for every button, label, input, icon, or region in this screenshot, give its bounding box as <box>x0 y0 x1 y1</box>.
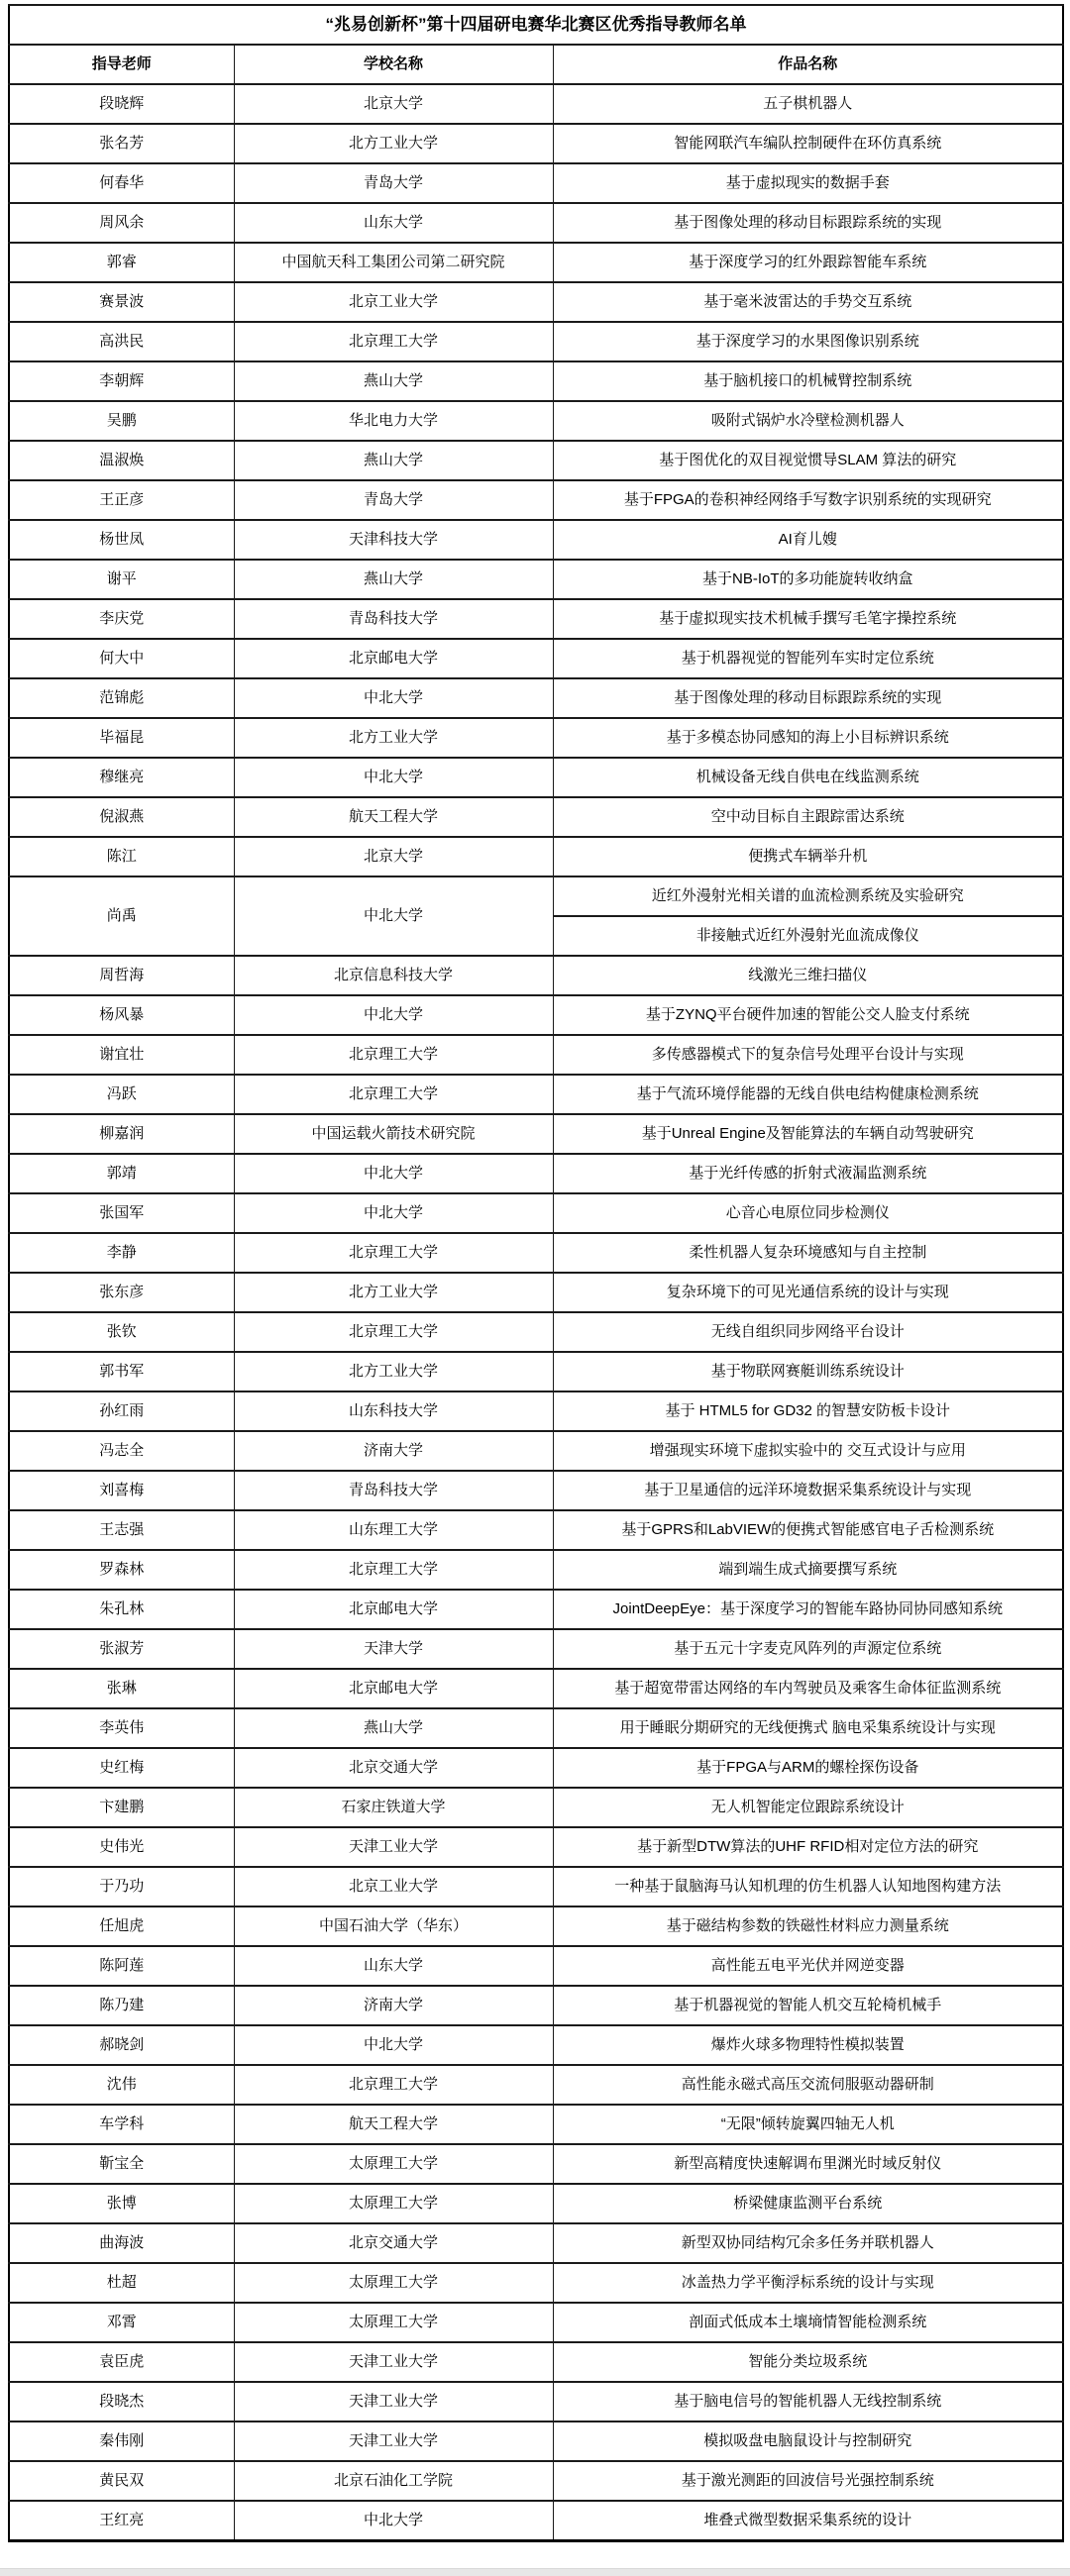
teacher-cell: 杨风暴 <box>9 995 234 1035</box>
teacher-cell: 谢平 <box>9 560 234 599</box>
footer-bar <box>0 2568 1070 2576</box>
table-row: 陈乃建济南大学基于机器视觉的智能人机交互轮椅机械手 <box>9 1986 1063 2025</box>
table-row: 段晓辉北京大学五子棋机器人 <box>9 84 1063 124</box>
school-cell: 北京大学 <box>234 837 553 876</box>
work-cell: 基于毫米波雷达的手势交互系统 <box>553 282 1063 322</box>
work-cell: 基于机器视觉的智能人机交互轮椅机械手 <box>553 1986 1063 2025</box>
work-cell: 基于虚拟现实技术机械手撰写毛笔字操控系统 <box>553 599 1063 639</box>
teacher-cell: 曲海波 <box>9 2223 234 2263</box>
teacher-cell: 邓霄 <box>9 2303 234 2342</box>
teacher-cell: 王正彦 <box>9 480 234 520</box>
school-cell: 天津工业大学 <box>234 2382 553 2421</box>
table-row: 尚禹中北大学近红外漫射光相关谱的血流检测系统及实验研究 <box>9 876 1063 916</box>
teacher-cell: 冯志全 <box>9 1431 234 1471</box>
table-row: 卞建鹏石家庄铁道大学无人机智能定位跟踪系统设计 <box>9 1788 1063 1827</box>
table-row: 何大中北京邮电大学基于机器视觉的智能列车实时定位系统 <box>9 639 1063 678</box>
teacher-cell: 郭靖 <box>9 1154 234 1193</box>
school-cell: 北方工业大学 <box>234 1273 553 1312</box>
work-cell: 剖面式低成本土壤墒情智能检测系统 <box>553 2303 1063 2342</box>
table-row: 曲海波北京交通大学新型双协同结构冗余多任务并联机器人 <box>9 2223 1063 2263</box>
teacher-cell: 毕福昆 <box>9 718 234 758</box>
work-cell: 非接触式近红外漫射光血流成像仪 <box>553 916 1063 956</box>
school-cell: 天津科技大学 <box>234 520 553 560</box>
work-cell: 基于NB-IoT的多功能旋转收纳盒 <box>553 560 1063 599</box>
teacher-cell: 车学科 <box>9 2105 234 2144</box>
school-cell: 中北大学 <box>234 876 553 956</box>
work-cell: 基于机器视觉的智能列车实时定位系统 <box>553 639 1063 678</box>
teacher-cell: 张淑芳 <box>9 1629 234 1669</box>
school-cell: 中国航天科工集团公司第二研究院 <box>234 243 553 282</box>
teacher-cell: 温淑焕 <box>9 441 234 480</box>
school-cell: 北京大学 <box>234 84 553 124</box>
teacher-cell: 尚禹 <box>9 876 234 956</box>
teacher-cell: 李朝辉 <box>9 361 234 401</box>
teacher-cell: 柳嘉润 <box>9 1114 234 1154</box>
school-cell: 航天工程大学 <box>234 2105 553 2144</box>
table-row: 杜超太原理工大学冰盖热力学平衡浮标系统的设计与实现 <box>9 2263 1063 2303</box>
teacher-cell: 陈江 <box>9 837 234 876</box>
table-row: 王红亮中北大学堆叠式微型数据采集系统的设计 <box>9 2501 1063 2540</box>
work-cell: 近红外漫射光相关谱的血流检测系统及实验研究 <box>553 876 1063 916</box>
table-row: 陈阿莲山东大学高性能五电平光伏并网逆变器 <box>9 1946 1063 1986</box>
work-cell: 便携式车辆举升机 <box>553 837 1063 876</box>
school-cell: 中北大学 <box>234 995 553 1035</box>
table-row: 张淑芳天津大学基于五元十字麦克风阵列的声源定位系统 <box>9 1629 1063 1669</box>
work-cell: 新型高精度快速解调布里渊光时域反射仪 <box>553 2144 1063 2184</box>
work-cell: 基于FPGA的卷积神经网络手写数字识别系统的实现研究 <box>553 480 1063 520</box>
work-cell: 智能分类垃圾系统 <box>553 2342 1063 2382</box>
table-row: 李静北京理工大学柔性机器人复杂环境感知与自主控制 <box>9 1233 1063 1273</box>
work-cell: 基于GPRS和LabVIEW的便携式智能感官电子舌检测系统 <box>553 1510 1063 1550</box>
work-cell: 模拟吸盘电脑鼠设计与控制研究 <box>553 2421 1063 2461</box>
school-cell: 北京邮电大学 <box>234 1590 553 1629</box>
table-row: 冯志全济南大学增强现实环境下虚拟实验中的 交互式设计与应用 <box>9 1431 1063 1471</box>
school-cell: 山东理工大学 <box>234 1510 553 1550</box>
school-cell: 北京工业大学 <box>234 1867 553 1906</box>
teacher-cell: 高洪民 <box>9 322 234 361</box>
school-cell: 燕山大学 <box>234 1708 553 1748</box>
school-cell: 北京理工大学 <box>234 1233 553 1273</box>
table-title-row: “兆易创新杯”第十四届研电赛华北赛区优秀指导教师名单 <box>9 5 1063 45</box>
school-cell: 中北大学 <box>234 758 553 797</box>
work-cell: 基于ZYNQ平台硬件加速的智能公交人脸支付系统 <box>553 995 1063 1035</box>
teacher-cell: 张东彦 <box>9 1273 234 1312</box>
teacher-cell: 李庆党 <box>9 599 234 639</box>
table-row: 何春华青岛大学基于虚拟现实的数据手套 <box>9 163 1063 203</box>
school-cell: 北京理工大学 <box>234 1550 553 1590</box>
table-row: 张国军中北大学心音心电原位同步检测仪 <box>9 1193 1063 1233</box>
work-cell: 基于超宽带雷达网络的车内驾驶员及乘客生命体征监测系统 <box>553 1669 1063 1708</box>
school-cell: 山东科技大学 <box>234 1391 553 1431</box>
work-cell: 用于睡眠分期研究的无线便携式 脑电采集系统设计与实现 <box>553 1708 1063 1748</box>
table-row: 李朝辉燕山大学基于脑机接口的机械臂控制系统 <box>9 361 1063 401</box>
work-cell: 柔性机器人复杂环境感知与自主控制 <box>553 1233 1063 1273</box>
teacher-cell: 任旭虎 <box>9 1906 234 1946</box>
teacher-cell: 张名芳 <box>9 124 234 163</box>
table-row: 郭睿中国航天科工集团公司第二研究院基于深度学习的红外跟踪智能车系统 <box>9 243 1063 282</box>
teacher-cell: 段晓杰 <box>9 2382 234 2421</box>
teacher-cell: 沈伟 <box>9 2065 234 2105</box>
school-cell: 北京石油化工学院 <box>234 2461 553 2501</box>
table-row: 高洪民北京理工大学基于深度学习的水果图像识别系统 <box>9 322 1063 361</box>
school-cell: 北京理工大学 <box>234 2065 553 2105</box>
table-row: 张东彦北方工业大学复杂环境下的可见光通信系统的设计与实现 <box>9 1273 1063 1312</box>
teacher-cell: 穆继亮 <box>9 758 234 797</box>
teacher-cell: 何大中 <box>9 639 234 678</box>
school-cell: 山东大学 <box>234 203 553 243</box>
work-cell: 无人机智能定位跟踪系统设计 <box>553 1788 1063 1827</box>
work-cell: 基于图像处理的移动目标跟踪系统的实现 <box>553 203 1063 243</box>
table-row: 于乃功北京工业大学一种基于鼠脑海马认知机理的仿生机器人认知地图构建方法 <box>9 1867 1063 1906</box>
school-cell: 北京邮电大学 <box>234 1669 553 1708</box>
school-cell: 石家庄铁道大学 <box>234 1788 553 1827</box>
school-cell: 中北大学 <box>234 678 553 718</box>
school-cell: 北京理工大学 <box>234 1035 553 1075</box>
work-cell: 基于图像处理的移动目标跟踪系统的实现 <box>553 678 1063 718</box>
table-row: 靳宝全太原理工大学新型高精度快速解调布里渊光时域反射仪 <box>9 2144 1063 2184</box>
school-cell: 青岛科技大学 <box>234 1471 553 1510</box>
teacher-cell: 郭睿 <box>9 243 234 282</box>
work-cell: 冰盖热力学平衡浮标系统的设计与实现 <box>553 2263 1063 2303</box>
work-cell: 基于脑机接口的机械臂控制系统 <box>553 361 1063 401</box>
school-cell: 天津工业大学 <box>234 2421 553 2461</box>
teacher-cell: 李静 <box>9 1233 234 1273</box>
school-cell: 北方工业大学 <box>234 718 553 758</box>
work-cell: 基于卫星通信的远洋环境数据采集系统设计与实现 <box>553 1471 1063 1510</box>
work-cell: 无线自组织同步网络平台设计 <box>553 1312 1063 1352</box>
teacher-cell: 朱孔林 <box>9 1590 234 1629</box>
teacher-cell: 杨世凤 <box>9 520 234 560</box>
table-row: 谢宜壮北京理工大学多传感器模式下的复杂信号处理平台设计与实现 <box>9 1035 1063 1075</box>
teacher-cell: 张琳 <box>9 1669 234 1708</box>
table-row: 倪淑燕航天工程大学空中动目标自主跟踪雷达系统 <box>9 797 1063 837</box>
teacher-cell: 范锦彪 <box>9 678 234 718</box>
teacher-cell: 秦伟刚 <box>9 2421 234 2461</box>
table-row: 郭书军北方工业大学基于物联网赛艇训练系统设计 <box>9 1352 1063 1391</box>
table-row: 郝晓剑中北大学爆炸火球多物理特性模拟装置 <box>9 2025 1063 2065</box>
table-row: 张琳北京邮电大学基于超宽带雷达网络的车内驾驶员及乘客生命体征监测系统 <box>9 1669 1063 1708</box>
school-cell: 北京交通大学 <box>234 1748 553 1788</box>
school-cell: 太原理工大学 <box>234 2303 553 2342</box>
table-row: 黄民双北京石油化工学院基于激光测距的回波信号光强控制系统 <box>9 2461 1063 2501</box>
work-cell: 基于光纤传感的折射式液漏监测系统 <box>553 1154 1063 1193</box>
school-cell: 北京交通大学 <box>234 2223 553 2263</box>
school-cell: 天津工业大学 <box>234 2342 553 2382</box>
school-cell: 济南大学 <box>234 1986 553 2025</box>
teacher-cell: 周风余 <box>9 203 234 243</box>
school-cell: 济南大学 <box>234 1431 553 1471</box>
work-cell: 高性能五电平光伏并网逆变器 <box>553 1946 1063 1986</box>
table-row: 柳嘉润中国运载火箭技术研究院基于Unreal Engine及智能算法的车辆自动驾… <box>9 1114 1063 1154</box>
school-cell: 航天工程大学 <box>234 797 553 837</box>
table-row: 李庆党青岛科技大学基于虚拟现实技术机械手撰写毛笔字操控系统 <box>9 599 1063 639</box>
school-cell: 青岛科技大学 <box>234 599 553 639</box>
school-cell: 燕山大学 <box>234 361 553 401</box>
teacher-cell: 段晓辉 <box>9 84 234 124</box>
table-row: 周风余山东大学基于图像处理的移动目标跟踪系统的实现 <box>9 203 1063 243</box>
work-cell: 桥梁健康监测平台系统 <box>553 2184 1063 2223</box>
teacher-cell: 周哲海 <box>9 956 234 995</box>
school-cell: 中北大学 <box>234 2025 553 2065</box>
table-row: 车学科航天工程大学“无限”倾转旋翼四轴无人机 <box>9 2105 1063 2144</box>
school-cell: 燕山大学 <box>234 560 553 599</box>
teacher-cell: 赛景波 <box>9 282 234 322</box>
school-cell: 天津大学 <box>234 1629 553 1669</box>
work-cell: 一种基于鼠脑海马认知机理的仿生机器人认知地图构建方法 <box>553 1867 1063 1906</box>
work-cell: 爆炸火球多物理特性模拟装置 <box>553 2025 1063 2065</box>
table-row: 穆继亮中北大学机械设备无线自供电在线监测系统 <box>9 758 1063 797</box>
teacher-cell: 刘喜梅 <box>9 1471 234 1510</box>
teacher-cell: 郭书军 <box>9 1352 234 1391</box>
table-row: 周哲海北京信息科技大学线激光三维扫描仪 <box>9 956 1063 995</box>
work-cell: AI育儿嫂 <box>553 520 1063 560</box>
teacher-cell: 袁臣虎 <box>9 2342 234 2382</box>
teacher-cell: 罗森林 <box>9 1550 234 1590</box>
work-cell: 增强现实环境下虚拟实验中的 交互式设计与应用 <box>553 1431 1063 1471</box>
teacher-cell: 陈乃建 <box>9 1986 234 2025</box>
table-row: 史红梅北京交通大学基于FPGA与ARM的螺栓探伤设备 <box>9 1748 1063 1788</box>
work-cell: 基于新型DTW算法的UHF RFID相对定位方法的研究 <box>553 1827 1063 1867</box>
table-row: 赛景波北京工业大学基于毫米波雷达的手势交互系统 <box>9 282 1063 322</box>
work-cell: 基于深度学习的红外跟踪智能车系统 <box>553 243 1063 282</box>
table-row: 邓霄太原理工大学剖面式低成本土壤墒情智能检测系统 <box>9 2303 1063 2342</box>
table-row: 吴鹏华北电力大学吸附式锅炉水冷壁检测机器人 <box>9 401 1063 441</box>
school-cell: 中北大学 <box>234 1193 553 1233</box>
school-cell: 山东大学 <box>234 1946 553 1986</box>
teacher-cell: 王红亮 <box>9 2501 234 2540</box>
school-cell: 中国运载火箭技术研究院 <box>234 1114 553 1154</box>
work-cell: 端到端生成式摘要撰写系统 <box>553 1550 1063 1590</box>
work-cell: 基于物联网赛艇训练系统设计 <box>553 1352 1063 1391</box>
school-cell: 青岛大学 <box>234 480 553 520</box>
work-cell: 基于多模态协同感知的海上小目标辨识系统 <box>553 718 1063 758</box>
work-cell: 心音心电原位同步检测仪 <box>553 1193 1063 1233</box>
table-row: 王志强山东理工大学基于GPRS和LabVIEW的便携式智能感官电子舌检测系统 <box>9 1510 1063 1550</box>
teacher-cell: 黄民双 <box>9 2461 234 2501</box>
work-cell: “无限”倾转旋翼四轴无人机 <box>553 2105 1063 2144</box>
table-row: 郭靖中北大学基于光纤传感的折射式液漏监测系统 <box>9 1154 1063 1193</box>
school-cell: 天津工业大学 <box>234 1827 553 1867</box>
column-header-school: 学校名称 <box>234 45 553 84</box>
school-cell: 太原理工大学 <box>234 2184 553 2223</box>
work-cell: 基于 HTML5 for GD32 的智慧安防板卡设计 <box>553 1391 1063 1431</box>
work-cell: 智能网联汽车编队控制硬件在环仿真系统 <box>553 124 1063 163</box>
school-cell: 北方工业大学 <box>234 124 553 163</box>
school-cell: 中国石油大学（华东） <box>234 1906 553 1946</box>
table-row: 段晓杰天津工业大学基于脑电信号的智能机器人无线控制系统 <box>9 2382 1063 2421</box>
school-cell: 北方工业大学 <box>234 1352 553 1391</box>
work-cell: 基于Unreal Engine及智能算法的车辆自动驾驶研究 <box>553 1114 1063 1154</box>
work-cell: 基于虚拟现实的数据手套 <box>553 163 1063 203</box>
table-row: 毕福昆北方工业大学基于多模态协同感知的海上小目标辨识系统 <box>9 718 1063 758</box>
teacher-cell: 张博 <box>9 2184 234 2223</box>
teacher-cell: 卞建鹏 <box>9 1788 234 1827</box>
table-row: 王正彦青岛大学基于FPGA的卷积神经网络手写数字识别系统的实现研究 <box>9 480 1063 520</box>
school-cell: 北京信息科技大学 <box>234 956 553 995</box>
teacher-cell: 于乃功 <box>9 1867 234 1906</box>
teacher-cell: 陈阿莲 <box>9 1946 234 1986</box>
table-row: 史伟光天津工业大学基于新型DTW算法的UHF RFID相对定位方法的研究 <box>9 1827 1063 1867</box>
table-row: 沈伟北京理工大学高性能永磁式高压交流伺服驱动器研制 <box>9 2065 1063 2105</box>
advisor-table: “兆易创新杯”第十四届研电赛华北赛区优秀指导教师名单 指导老师 学校名称 作品名… <box>8 4 1064 2542</box>
school-cell: 太原理工大学 <box>234 2263 553 2303</box>
page-title: “兆易创新杯”第十四届研电赛华北赛区优秀指导教师名单 <box>9 5 1063 45</box>
table-row: 张钦北京理工大学无线自组织同步网络平台设计 <box>9 1312 1063 1352</box>
school-cell: 华北电力大学 <box>234 401 553 441</box>
teacher-cell: 孙红雨 <box>9 1391 234 1431</box>
work-cell: 空中动目标自主跟踪雷达系统 <box>553 797 1063 837</box>
table-row: 袁臣虎天津工业大学智能分类垃圾系统 <box>9 2342 1063 2382</box>
work-cell: 基于FPGA与ARM的螺栓探伤设备 <box>553 1748 1063 1788</box>
table-row: 刘喜梅青岛科技大学基于卫星通信的远洋环境数据采集系统设计与实现 <box>9 1471 1063 1510</box>
school-cell: 中北大学 <box>234 1154 553 1193</box>
work-cell: JointDeepEye：基于深度学习的智能车路协同协同感知系统 <box>553 1590 1063 1629</box>
teacher-cell: 谢宜壮 <box>9 1035 234 1075</box>
teacher-cell: 张国军 <box>9 1193 234 1233</box>
school-cell: 太原理工大学 <box>234 2144 553 2184</box>
work-cell: 多传感器模式下的复杂信号处理平台设计与实现 <box>553 1035 1063 1075</box>
work-cell: 基于五元十字麦克风阵列的声源定位系统 <box>553 1629 1063 1669</box>
work-cell: 基于深度学习的水果图像识别系统 <box>553 322 1063 361</box>
column-header-teacher: 指导老师 <box>9 45 234 84</box>
table-row: 张博太原理工大学桥梁健康监测平台系统 <box>9 2184 1063 2223</box>
school-cell: 中北大学 <box>234 2501 553 2540</box>
table-row: 谢平燕山大学基于NB-IoT的多功能旋转收纳盒 <box>9 560 1063 599</box>
table-row: 李英伟燕山大学用于睡眠分期研究的无线便携式 脑电采集系统设计与实现 <box>9 1708 1063 1748</box>
school-cell: 北京邮电大学 <box>234 639 553 678</box>
teacher-cell: 郝晓剑 <box>9 2025 234 2065</box>
teacher-cell: 王志强 <box>9 1510 234 1550</box>
teacher-cell: 杜超 <box>9 2263 234 2303</box>
column-header-work: 作品名称 <box>553 45 1063 84</box>
work-cell: 基于脑电信号的智能机器人无线控制系统 <box>553 2382 1063 2421</box>
work-cell: 堆叠式微型数据采集系统的设计 <box>553 2501 1063 2540</box>
table-row: 范锦彪中北大学基于图像处理的移动目标跟踪系统的实现 <box>9 678 1063 718</box>
school-cell: 燕山大学 <box>234 441 553 480</box>
table-body: 段晓辉北京大学五子棋机器人张名芳北方工业大学智能网联汽车编队控制硬件在环仿真系统… <box>9 84 1063 2540</box>
school-cell: 北京工业大学 <box>234 282 553 322</box>
table-row: 朱孔林北京邮电大学JointDeepEye：基于深度学习的智能车路协同协同感知系… <box>9 1590 1063 1629</box>
work-cell: 五子棋机器人 <box>553 84 1063 124</box>
teacher-cell: 史伟光 <box>9 1827 234 1867</box>
work-cell: 线激光三维扫描仪 <box>553 956 1063 995</box>
teacher-cell: 李英伟 <box>9 1708 234 1748</box>
school-cell: 北京理工大学 <box>234 1312 553 1352</box>
school-cell: 北京理工大学 <box>234 322 553 361</box>
work-cell: 基于图优化的双目视觉惯导SLAM 算法的研究 <box>553 441 1063 480</box>
school-cell: 北京理工大学 <box>234 1075 553 1114</box>
table-row: 温淑焕燕山大学基于图优化的双目视觉惯导SLAM 算法的研究 <box>9 441 1063 480</box>
work-cell: 新型双协同结构冗余多任务并联机器人 <box>553 2223 1063 2263</box>
table-row: 罗森林北京理工大学端到端生成式摘要撰写系统 <box>9 1550 1063 1590</box>
teacher-cell: 冯跃 <box>9 1075 234 1114</box>
school-cell: 青岛大学 <box>234 163 553 203</box>
work-cell: 吸附式锅炉水冷壁检测机器人 <box>553 401 1063 441</box>
table-row: 杨世凤天津科技大学AI育儿嫂 <box>9 520 1063 560</box>
teacher-cell: 靳宝全 <box>9 2144 234 2184</box>
teacher-cell: 何春华 <box>9 163 234 203</box>
teacher-cell: 史红梅 <box>9 1748 234 1788</box>
table-row: 任旭虎中国石油大学（华东）基于磁结构参数的铁磁性材料应力测量系统 <box>9 1906 1063 1946</box>
teacher-cell: 倪淑燕 <box>9 797 234 837</box>
table-header-row: 指导老师 学校名称 作品名称 <box>9 45 1063 84</box>
work-cell: 基于气流环境俘能器的无线自供电结构健康检测系统 <box>553 1075 1063 1114</box>
table-row: 冯跃北京理工大学基于气流环境俘能器的无线自供电结构健康检测系统 <box>9 1075 1063 1114</box>
work-cell: 复杂环境下的可见光通信系统的设计与实现 <box>553 1273 1063 1312</box>
teacher-cell: 吴鹏 <box>9 401 234 441</box>
table-row: 孙红雨山东科技大学基于 HTML5 for GD32 的智慧安防板卡设计 <box>9 1391 1063 1431</box>
work-cell: 机械设备无线自供电在线监测系统 <box>553 758 1063 797</box>
table-row: 杨风暴中北大学基于ZYNQ平台硬件加速的智能公交人脸支付系统 <box>9 995 1063 1035</box>
work-cell: 基于磁结构参数的铁磁性材料应力测量系统 <box>553 1906 1063 1946</box>
teacher-cell: 张钦 <box>9 1312 234 1352</box>
table-row: 张名芳北方工业大学智能网联汽车编队控制硬件在环仿真系统 <box>9 124 1063 163</box>
work-cell: 高性能永磁式高压交流伺服驱动器研制 <box>553 2065 1063 2105</box>
table-row: 秦伟刚天津工业大学模拟吸盘电脑鼠设计与控制研究 <box>9 2421 1063 2461</box>
table-row: 陈江北京大学便携式车辆举升机 <box>9 837 1063 876</box>
work-cell: 基于激光测距的回波信号光强控制系统 <box>553 2461 1063 2501</box>
